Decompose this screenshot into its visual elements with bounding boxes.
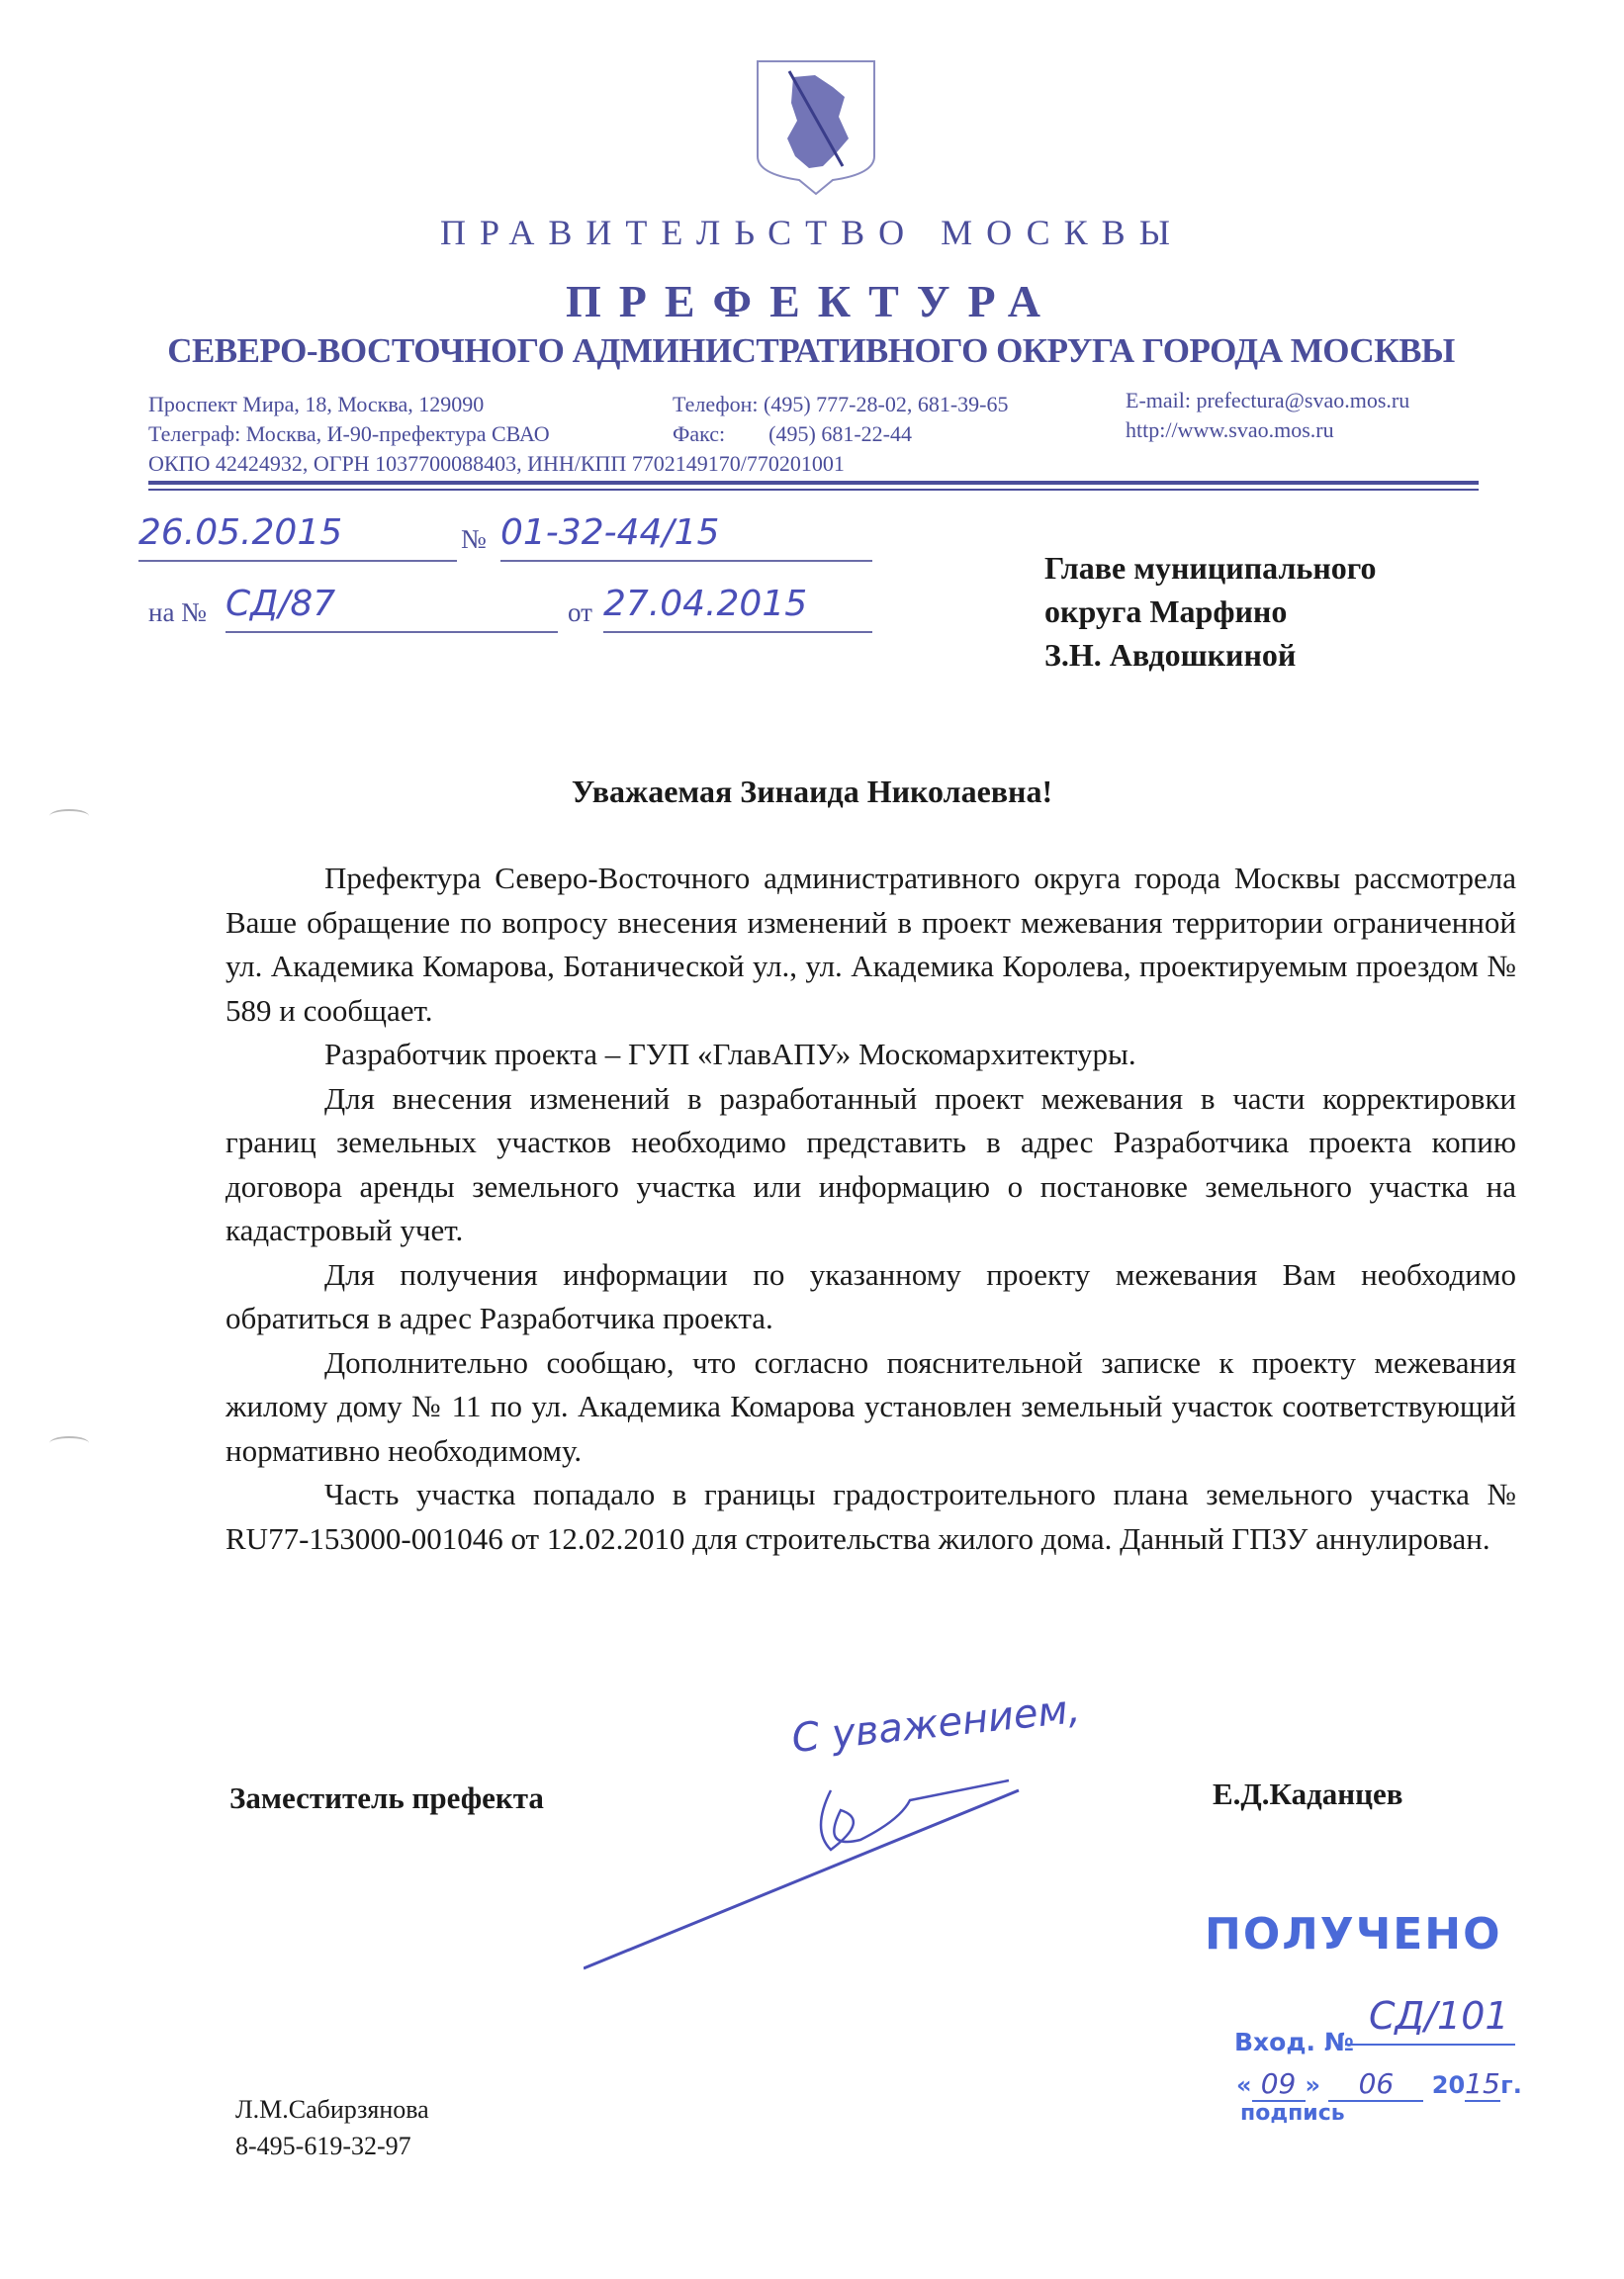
- paragraph: Дополнительно сообщаю, что согласно пояс…: [226, 1341, 1516, 1474]
- signatory-name: Е.Д.Каданцев: [1213, 1777, 1402, 1812]
- email: E-mail: prefectura@svao.mos.ru: [1126, 386, 1409, 415]
- reference-number-field: СД/87: [226, 584, 558, 633]
- paragraph: Часть участка попадало в границы градост…: [226, 1473, 1516, 1561]
- contact-right: E-mail: prefectura@svao.mos.ru http://ww…: [1126, 386, 1409, 445]
- outgoing-date-field: 26.05.2015: [138, 512, 457, 562]
- received-stamp-title: ПОЛУЧЕНО: [1205, 1909, 1502, 1960]
- moscow-coat-of-arms-icon: [754, 57, 878, 196]
- signatory-position: Заместитель префекта: [229, 1780, 544, 1816]
- phone: Телефон: (495) 777-28-02, 681-39-65: [673, 390, 1008, 419]
- reference-number-label: на №: [148, 597, 207, 628]
- paragraph: Префектура Северо-Восточного администрат…: [226, 857, 1516, 1033]
- outgoing-number-label: №: [461, 524, 487, 555]
- incoming-number-label: Вход. №: [1234, 2028, 1354, 2056]
- addressee-block: Главе муниципального округа Марфино З.Н.…: [1044, 546, 1377, 677]
- outgoing-number-field: 01-32-44/15: [500, 512, 872, 562]
- reference-date-label: от: [568, 597, 592, 628]
- prefecture-title: ПРЕФЕКТУРА: [0, 275, 1624, 327]
- signature-label: подпись: [1240, 2101, 1345, 2126]
- signature-scribble-icon: [584, 1721, 1137, 1978]
- letter-body: Префектура Северо-Восточного администрат…: [226, 857, 1516, 1561]
- executor-name: Л.М.Сабирзянова: [235, 2095, 429, 2125]
- punch-mark: [49, 1436, 89, 1450]
- executor-phone: 8-495-619-32-97: [235, 2132, 411, 2161]
- website: http://www.svao.mos.ru: [1126, 415, 1409, 445]
- fax: (495) 681-22-44: [768, 421, 912, 446]
- greeting: Уважаемая Зинаида Николаевна!: [0, 774, 1624, 810]
- fax-label: Факс:: [673, 421, 725, 446]
- district-title: СЕВЕРО-ВОСТОЧНОГО АДМИНИСТРАТИВНОГО ОКРУ…: [148, 331, 1474, 371]
- reference-date-field: 27.04.2015: [603, 584, 872, 633]
- incoming-date: «09» 06 2015г.: [1236, 2067, 1522, 2102]
- punch-mark: [49, 809, 89, 823]
- header-rule: [148, 481, 1479, 485]
- header-rule-thin: [148, 489, 1479, 491]
- paragraph: Для внесения изменений в разработанный п…: [226, 1077, 1516, 1253]
- paragraph: Для получения информации по указанному п…: [226, 1253, 1516, 1341]
- incoming-number-field: СД/101: [1345, 1994, 1515, 2046]
- registry-codes: ОКПО 42424932, ОГРН 1037700088403, ИНН/К…: [148, 449, 845, 479]
- contact-middle: Телефон: (495) 777-28-02, 681-39-65 Факс…: [673, 390, 1008, 449]
- paragraph: Разработчик проекта – ГУП «ГлавАПУ» Моск…: [226, 1033, 1516, 1077]
- government-title: ПРАВИТЕЛЬСТВО МОСКВЫ: [0, 212, 1624, 253]
